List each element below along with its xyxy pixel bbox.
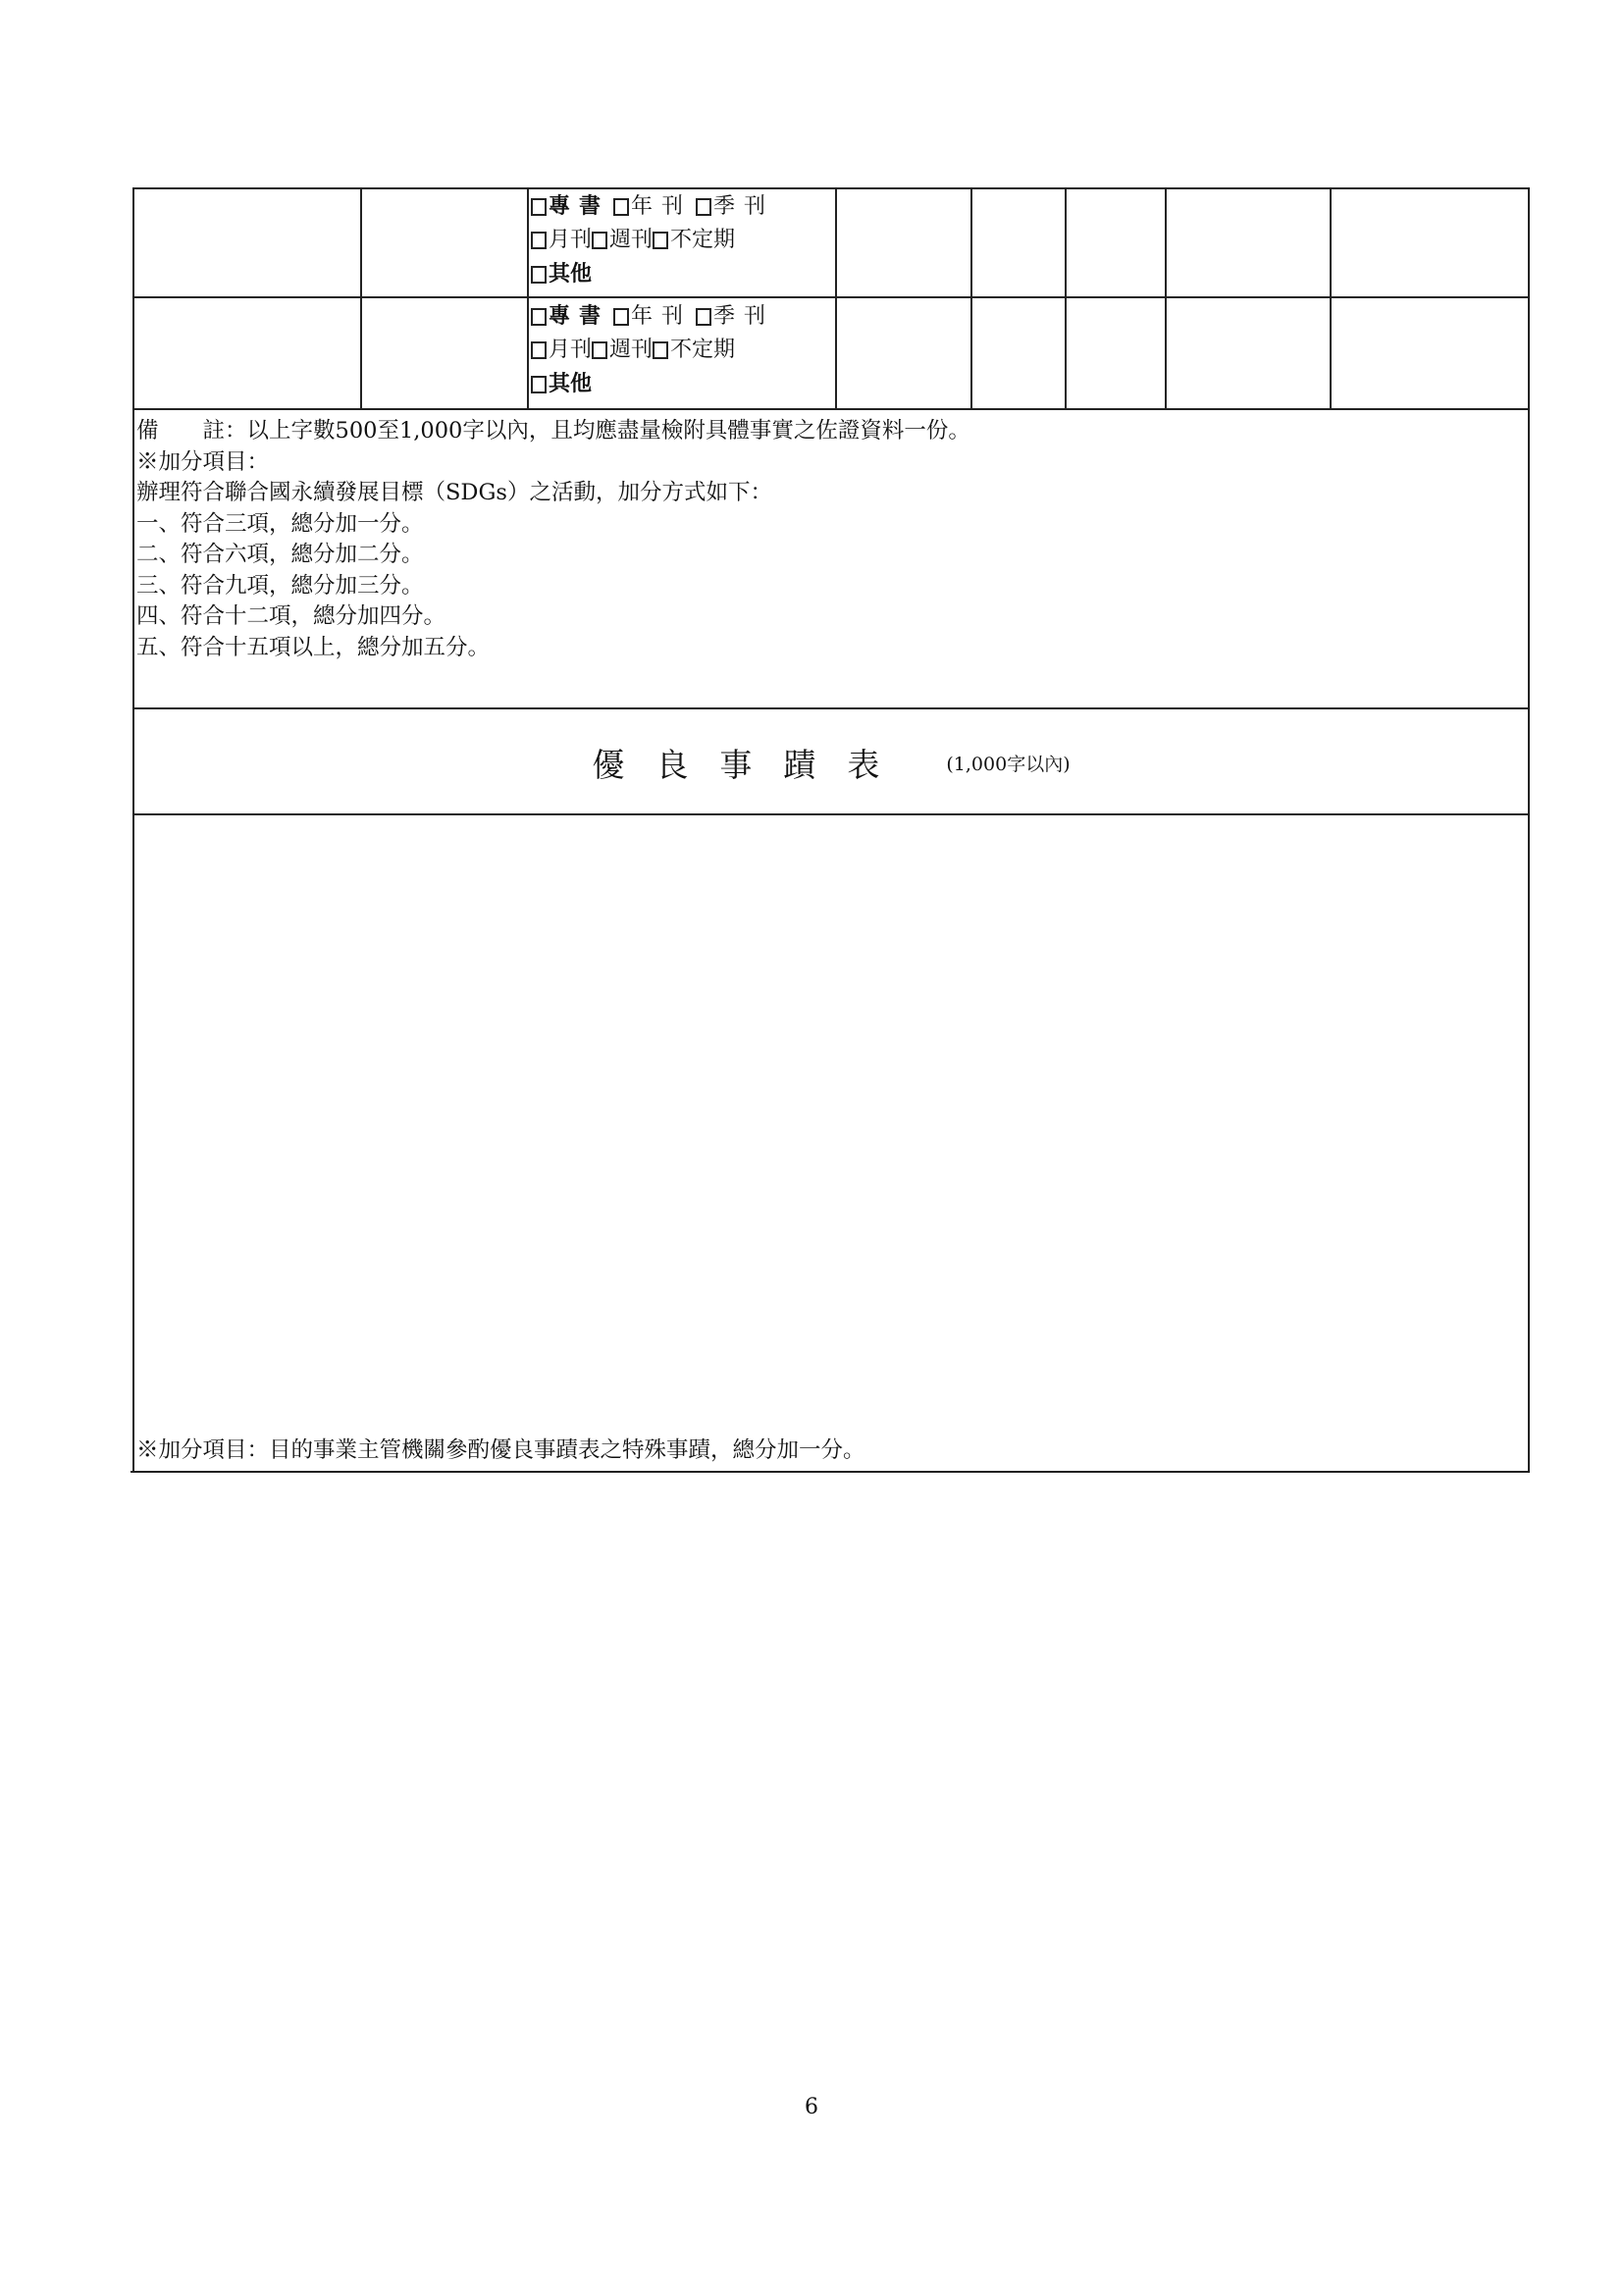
publication-type-options-row-2: 專書年刊季刊 月刊週刊不定期 其他	[531, 299, 831, 401]
section-title-row: 優良事蹟表 (1,000字以內)	[134, 710, 1528, 814]
checkbox[interactable]	[653, 341, 668, 359]
checkbox[interactable]	[531, 341, 547, 359]
column-divider	[360, 187, 362, 410]
option-label: 專書	[549, 189, 609, 223]
checkbox[interactable]	[531, 266, 547, 284]
option-label: 季刊	[713, 300, 774, 334]
option-label: 月刊	[549, 338, 592, 362]
remark-line: 備 註：以上字數500至1,000字以內，且均應盡量檢附具體事實之佐證資料一份。	[136, 416, 1520, 447]
option-label: 其他	[549, 371, 592, 396]
option-label: 週刊	[609, 338, 653, 362]
bonus-rule: 五、符合十五項以上，總分加五分。	[136, 633, 1520, 664]
checkbox[interactable]	[653, 232, 668, 249]
option-label: 月刊	[549, 228, 592, 252]
bonus-rule: 一、符合三項，總分加一分。	[136, 509, 1520, 541]
bonus-rule: 三、符合九項，總分加三分。	[136, 571, 1520, 602]
option-label: 季刊	[713, 190, 774, 224]
column-divider	[970, 187, 972, 410]
bonus-heading: ※加分項目：	[136, 447, 1520, 479]
section-subtitle: (1,000字以內)	[946, 750, 1070, 776]
column-divider	[1330, 187, 1332, 410]
table-row-divider	[132, 296, 1530, 298]
publication-type-options-row-1: 專書年刊季刊 月刊週刊不定期 其他	[531, 189, 831, 291]
checkbox[interactable]	[592, 341, 607, 359]
section-title: 優良事蹟表	[592, 740, 911, 786]
table-border-right	[1528, 187, 1530, 1473]
checkbox[interactable]	[696, 198, 711, 216]
option-label: 不定期	[670, 338, 735, 362]
table-row-divider	[132, 707, 1530, 709]
option-label: 專書	[549, 299, 609, 333]
page-number: 6	[0, 2095, 1623, 2119]
checkbox[interactable]	[531, 198, 547, 216]
option-label: 不定期	[670, 228, 735, 252]
option-label: 年刊	[631, 190, 692, 224]
checkbox[interactable]	[613, 198, 629, 216]
bonus-footnote: ※加分項目：目的事業主管機關參酌優良事蹟表之特殊事蹟，總分加一分。	[136, 1433, 865, 1464]
bonus-rule: 四、符合十二項，總分加四分。	[136, 601, 1520, 633]
table-row-divider	[132, 408, 1530, 410]
achievements-writing-area[interactable]	[134, 815, 1528, 1424]
sdg-intro: 辦理符合聯合國永續發展目標（SDGs）之活動，加分方式如下：	[136, 478, 1520, 509]
remark-text: 以上字數500至1,000字以內，且均應盡量檢附具體事實之佐證資料一份。	[247, 418, 970, 444]
option-label: 其他	[549, 261, 592, 287]
column-divider	[1165, 187, 1167, 410]
bonus-rule: 二、符合六項，總分加二分。	[136, 540, 1520, 571]
checkbox[interactable]	[531, 308, 547, 326]
column-divider	[835, 187, 837, 410]
table-border-bottom	[131, 1471, 1530, 1473]
checkbox[interactable]	[531, 232, 547, 249]
remarks-section: 備 註：以上字數500至1,000字以內，且均應盡量檢附具體事實之佐證資料一份。…	[136, 416, 1520, 663]
checkbox[interactable]	[613, 308, 629, 326]
option-label: 週刊	[609, 228, 653, 252]
column-divider	[1065, 187, 1067, 410]
remark-label: 備 註：	[136, 418, 247, 444]
checkbox[interactable]	[592, 232, 607, 249]
column-divider	[527, 187, 529, 410]
option-label: 年刊	[631, 300, 692, 334]
checkbox[interactable]	[531, 376, 547, 393]
checkbox[interactable]	[696, 308, 711, 326]
table-border-top	[132, 187, 1530, 189]
